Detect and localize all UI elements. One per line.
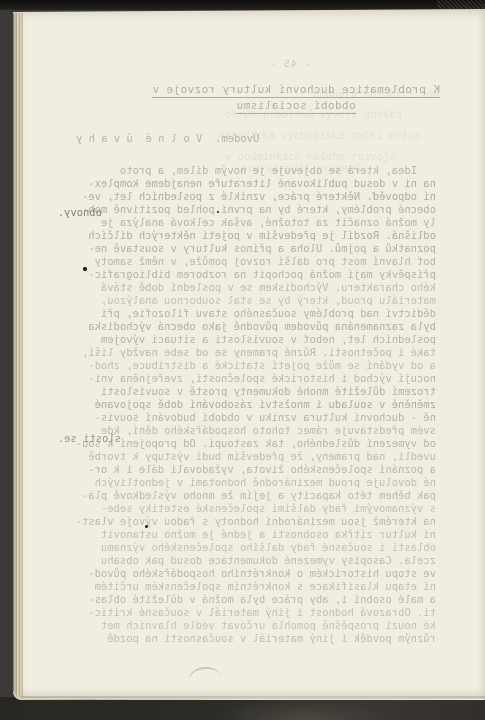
ghost-text-fragment: pro shrnutí pramenů <box>241 163 361 175</box>
ink-speck <box>145 525 148 528</box>
ink-speck <box>83 267 87 271</box>
ink-speck <box>217 211 219 213</box>
scanner-background-top-band <box>0 0 485 10</box>
ghost-text-fragment: hodnota možnosti zde <box>313 89 439 101</box>
background-texture-corner <box>437 0 485 9</box>
ghost-text-fragment: okruh problémů vývoje dneška <box>225 109 402 121</box>
ghost-text-fragment: v podmínkách našeho rozvoje <box>225 151 396 163</box>
scanned-document-photo: - 45 - K problematice duchovní kultury r… <box>0 0 485 720</box>
book-page: - 45 - K problematice duchovní kultury r… <box>13 9 485 700</box>
ghost-text-fragment: metodická východiska další práce <box>218 130 420 142</box>
ghost-bleed-layer: hodnota možnosti zdeokruh problémů vývoj… <box>13 9 485 700</box>
scanner-background-bottom-band <box>0 697 485 720</box>
